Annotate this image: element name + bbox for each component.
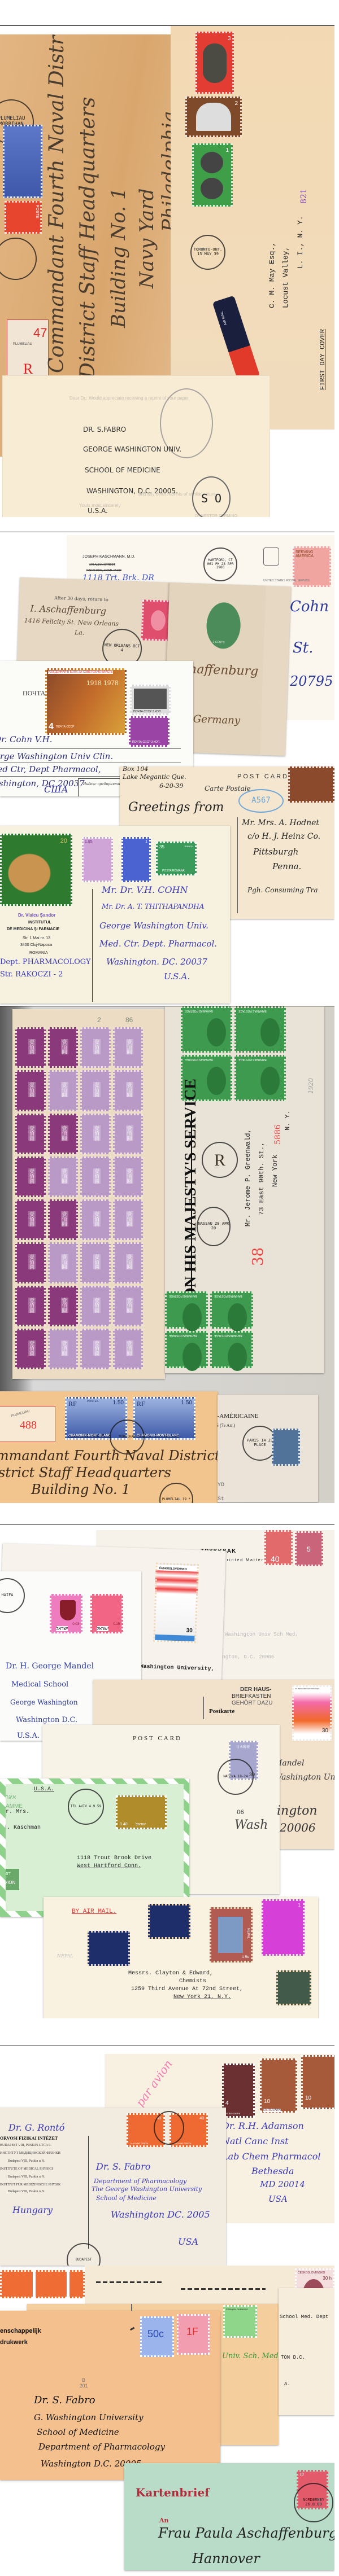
- number-oval: A567: [238, 789, 284, 813]
- israel-aerogramme: איגר AMME TEL AVIV 4.9.59 0.40 ישראל U.S…: [0, 1778, 189, 1917]
- revenue-stamp: 壹佰圓: [80, 1070, 111, 1111]
- revenue-stamp: 壹佰圓: [113, 1114, 144, 1154]
- address-line: District Staff Headquarters: [76, 97, 99, 379]
- romania-20-stamp: 20: [0, 834, 72, 906]
- norway-40-stamp: 40: [264, 1530, 293, 1565]
- scan-5: par avion 4 NR BULGARIA 10 БЪЛГАРИЯ 10 D…: [0, 2045, 334, 2576]
- stamp-1-cent: 1: [192, 143, 233, 207]
- nepal-king-stamp: 1: [262, 1899, 305, 1956]
- address-line: GEORGE WASHINGTON UNIV.: [83, 445, 181, 453]
- belgium-cover: enschappelijk drukwerk 50c 1F B 201 Dr. …: [0, 2311, 220, 2480]
- canada-brown-stamp: [288, 766, 334, 803]
- tel-aviv-postmark: TEL AVIV 4.9.59: [68, 1789, 104, 1825]
- postmark: [154, 2111, 184, 2145]
- czech-30-stamp: ČESKOSLOVENSKO 30: [153, 1563, 199, 1644]
- bahamas-stamp: BAHAMAS POSTAGE: [165, 1331, 208, 1368]
- revenue-stamp: 壹佰圓: [80, 1286, 111, 1326]
- address-line: WASHINGTON, D.C. 20005.: [86, 487, 178, 495]
- romania-185-stamp: 1.85: [82, 837, 113, 882]
- soviet-3k-stamp-gray: ПОЧТА СССР 3 КОП.: [130, 685, 171, 715]
- scan-3: 2 86 壹佰圓壹佰圓壹佰圓壹佰圓壹佰圓壹佰圓壹佰圓壹佰圓壹佰圓壹佰圓壹佰圓壹佰…: [0, 1006, 334, 1503]
- nepal-blue-stamp: [88, 1931, 130, 1966]
- revenue-stamp: 壹佰圓: [48, 1242, 79, 1283]
- revenue-stamp-grid: 壹佰圓壹佰圓壹佰圓壹佰圓壹佰圓壹佰圓壹佰圓壹佰圓壹佰圓壹佰圓壹佰圓壹佰圓壹佰圓壹…: [15, 1027, 145, 1372]
- hungary-stamp-strip: [0, 2270, 85, 2298]
- nassau-postmark: NASSAU 28 APR 20: [197, 1207, 231, 1246]
- norway-posthorn-stamp: 5: [295, 1531, 323, 1566]
- bahamas-stamp: BAHAMAS POSTAGE: [181, 1006, 232, 1053]
- israel-003-stamp: 0.03 ישראל: [50, 1594, 82, 1633]
- revenue-stamp: 壹佰圓: [15, 1286, 46, 1326]
- romania-35-stamp: 35 RISNOV POSTA ROMANA: [156, 842, 197, 875]
- address-line: DR. S.FABRO: [83, 426, 126, 433]
- revenue-stamp: 壹佰圓: [80, 1199, 111, 1240]
- france-chamonix-cover: PLUMELIAU 488 RF POSTES 1.50 CHAMONIX-MO…: [0, 1391, 218, 1503]
- norderney-postmark: NORDERNEY 26.8.09: [294, 2483, 333, 2522]
- bahamas-stamp: BAHAMAS POSTAGE: [234, 1055, 286, 1101]
- berlin-festwochen-stamp: XX. BERLINER FESTWOCHEN 30: [292, 1685, 332, 1741]
- revenue-stamp: 壹佰圓: [113, 1329, 144, 1369]
- bahamas-stamp: BAHAMAS POSTAGE: [210, 1331, 253, 1368]
- postmark: NAGOYA 18-24: [218, 1759, 254, 1795]
- revenue-stamp: 壹佰圓: [113, 1156, 144, 1197]
- usps-eagle-icon: [263, 547, 279, 566]
- revenue-stamp: 壹佰圓: [80, 1156, 111, 1197]
- bulgaria-10-stamp: 10 БЪЛГАРИЯ: [260, 2058, 297, 2113]
- belgium-1f-stamp: 1F: [177, 2314, 210, 2355]
- soviet-3k-stamp-purple: ПОЧТА СССР 3 КОП.: [129, 716, 169, 747]
- postmark: PLUMELIAU 19 *: [159, 1483, 193, 1503]
- postmark: TORONTO-ONT. 15 MAY 39: [190, 235, 225, 270]
- airmail-stamp: [3, 125, 42, 198]
- scan-2: JOSEPH KASCHMANN, M.D. 179 ALLYN STREET …: [0, 532, 334, 1006]
- par-avion-label: דואר AVION: [0, 1869, 19, 1890]
- revenue-stamp: 壹佰圓: [15, 1070, 46, 1111]
- scan-4: TRYKKSAK Printed Matter 40 5 Washington …: [0, 1524, 334, 2018]
- revenue-stamp: 壹佰圓: [48, 1114, 79, 1154]
- red-stamp: POSTE: [5, 201, 42, 234]
- embossed-stamp: 2 CENTS: [206, 602, 241, 649]
- belgium-50c-stamp: 50c: [140, 2316, 174, 2357]
- revenue-stamp-sheet: 2 86 壹佰圓壹佰圓壹佰圓壹佰圓壹佰圓壹佰圓壹佰圓壹佰圓壹佰圓壹佰圓壹佰圓壹佰…: [12, 1009, 165, 1379]
- first-day-cover-label: FIRST DAY COVER: [319, 329, 327, 390]
- revenue-stamp: 壹佰圓: [113, 1199, 144, 1240]
- revenue-stamp: 壹佰圓: [15, 1329, 46, 1369]
- bahamas-stamp-block-lower: BAHAMAS POSTAGEBAHAMAS POSTAGEBAHAMAS PO…: [165, 1291, 324, 1373]
- canada-first-day-cover: 3 2 1 TORONTO-ONT. 15 MAY 39 C. M. May E…: [171, 26, 334, 430]
- bahamas-cover: BAHAMAS POSTAGEBAHAMAS POSTAGEBAHAMAS PO…: [165, 1006, 324, 1373]
- so-mark: S O: [192, 476, 231, 517]
- sower-stamp: [272, 1429, 300, 1466]
- number-mark: 821: [299, 189, 308, 204]
- registration-label: PLUMELIAU 488: [0, 1406, 55, 1442]
- address-line: L. I., N. Y.: [296, 216, 305, 269]
- haifa-postmark: HAIFA: [0, 1578, 25, 1613]
- revenue-stamp: 壹佰圓: [80, 1114, 111, 1154]
- budapest-postmark: BUDAPEST: [67, 2243, 101, 2266]
- address-line: SCHOOL OF MEDICINE: [85, 466, 160, 474]
- address-line: Navy Yard: [136, 189, 158, 288]
- franco-americaine-cover: FRANCO-AMÉRICAINE PARIS (7e Arr.) PARIS …: [218, 1395, 318, 1502]
- nepal-cover: BY AIR MAIL. 1 Re NEPAL 1 Messrs. Clayto…: [44, 1897, 318, 2018]
- kartenbrief: Kartenbrief An 10 NORDERNEY 26.8.09 Frau…: [124, 2463, 334, 2570]
- revenue-stamp: 壹佰圓: [15, 1242, 46, 1283]
- nepal-blue-stamp: [148, 1904, 190, 1939]
- revenue-stamp: 壹佰圓: [113, 1242, 144, 1283]
- bulgaria-4-stamp: 4 NR BULGARIA: [222, 2064, 255, 2118]
- revenue-stamp: 壹佰圓: [15, 1199, 46, 1240]
- revenue-stamp: 壹佰圓: [15, 1156, 46, 1197]
- address-line: Locust Valley,: [281, 247, 290, 308]
- israel-015-stamp: 0.15 ישראל: [90, 1594, 123, 1633]
- hartford-postmark: HARTFORD, CT 061 PM 28 APR 1980: [203, 547, 237, 581]
- czech-green-stamp: ČESKOSLOVENSKO: [223, 2305, 257, 2338]
- airmail-label: AIR MAIL: [212, 295, 260, 383]
- revenue-stamp: 壹佰圓: [113, 1027, 144, 1068]
- bahamas-stamp: BAHAMAS POSTAGE: [165, 1291, 208, 1329]
- revenue-stamp: 壹佰圓: [48, 1027, 79, 1068]
- revenue-stamp: 壹佰圓: [80, 1027, 111, 1068]
- revenue-stamp: 壹佰圓: [113, 1286, 144, 1326]
- address-line: U.S.A.: [88, 507, 108, 515]
- stamp-3-cent: 3: [195, 32, 234, 94]
- revenue-stamp: 壹佰圓: [80, 1329, 111, 1369]
- bahamas-stamp: BAHAMAS POSTAGE: [234, 1006, 286, 1053]
- nepal-rhino-stamp: [276, 1970, 311, 2005]
- revenue-stamp: 壹佰圓: [48, 1329, 79, 1369]
- uruguay-card: Dear Dr.: Would appreciate receiving a r…: [3, 376, 270, 517]
- revenue-stamp: 壹佰圓: [15, 1114, 46, 1154]
- revenue-stamp: 壹佰圓: [48, 1199, 79, 1240]
- address-line: Commandant Fourth Naval District: [45, 34, 68, 373]
- nepal-pheasant-stamp: 1 Re NEPAL: [210, 1907, 253, 1962]
- bulgaria-10-stamp: 10: [301, 2055, 334, 2109]
- israel-040-stamp: 0.40 ישראל: [116, 1795, 167, 1829]
- typed-card: School Med. Dept TON D.C. A.: [279, 2288, 334, 2415]
- revenue-stamp: 壹佰圓: [113, 1070, 144, 1111]
- address-line: Building No. 1: [107, 187, 130, 328]
- postmark: [0, 238, 37, 280]
- romania-card: 20 1.85 1 35 RISNOV POSTA ROMANA Dr. Vla…: [0, 826, 230, 1004]
- scan-1: PLUMELIAU MORBIHAN POSTE R 47 PLUMELIAU …: [0, 25, 334, 517]
- revenue-stamp: 壹佰圓: [48, 1156, 79, 1197]
- romania-1-stamp: 1: [121, 837, 151, 882]
- revenue-stamp: 壹佰圓: [80, 1242, 111, 1283]
- address-line: C. M. May Esq.,: [268, 242, 276, 308]
- registered-r-mark: R: [202, 1142, 238, 1178]
- stamp-2-cent: 2: [185, 97, 242, 137]
- revenue-stamp: 壹佰圓: [48, 1286, 79, 1326]
- hungary-card: 40 MAGYAR POSTA 40 MAGYAR POSTA Dr. G. R…: [0, 2108, 226, 2266]
- revenue-stamp: 壹佰圓: [48, 1070, 79, 1111]
- address-line: Philadelphia: [158, 111, 171, 232]
- bahamas-stamp: BAHAMAS POSTAGE: [210, 1291, 253, 1329]
- revenue-stamp: 壹佰圓: [15, 1027, 46, 1068]
- soviet-anniversary-stamp: РОЖДЕННАЯ В БОЯХ ЗА СОВЕТСКУЮ ВЛАСТЬ 191…: [45, 668, 127, 735]
